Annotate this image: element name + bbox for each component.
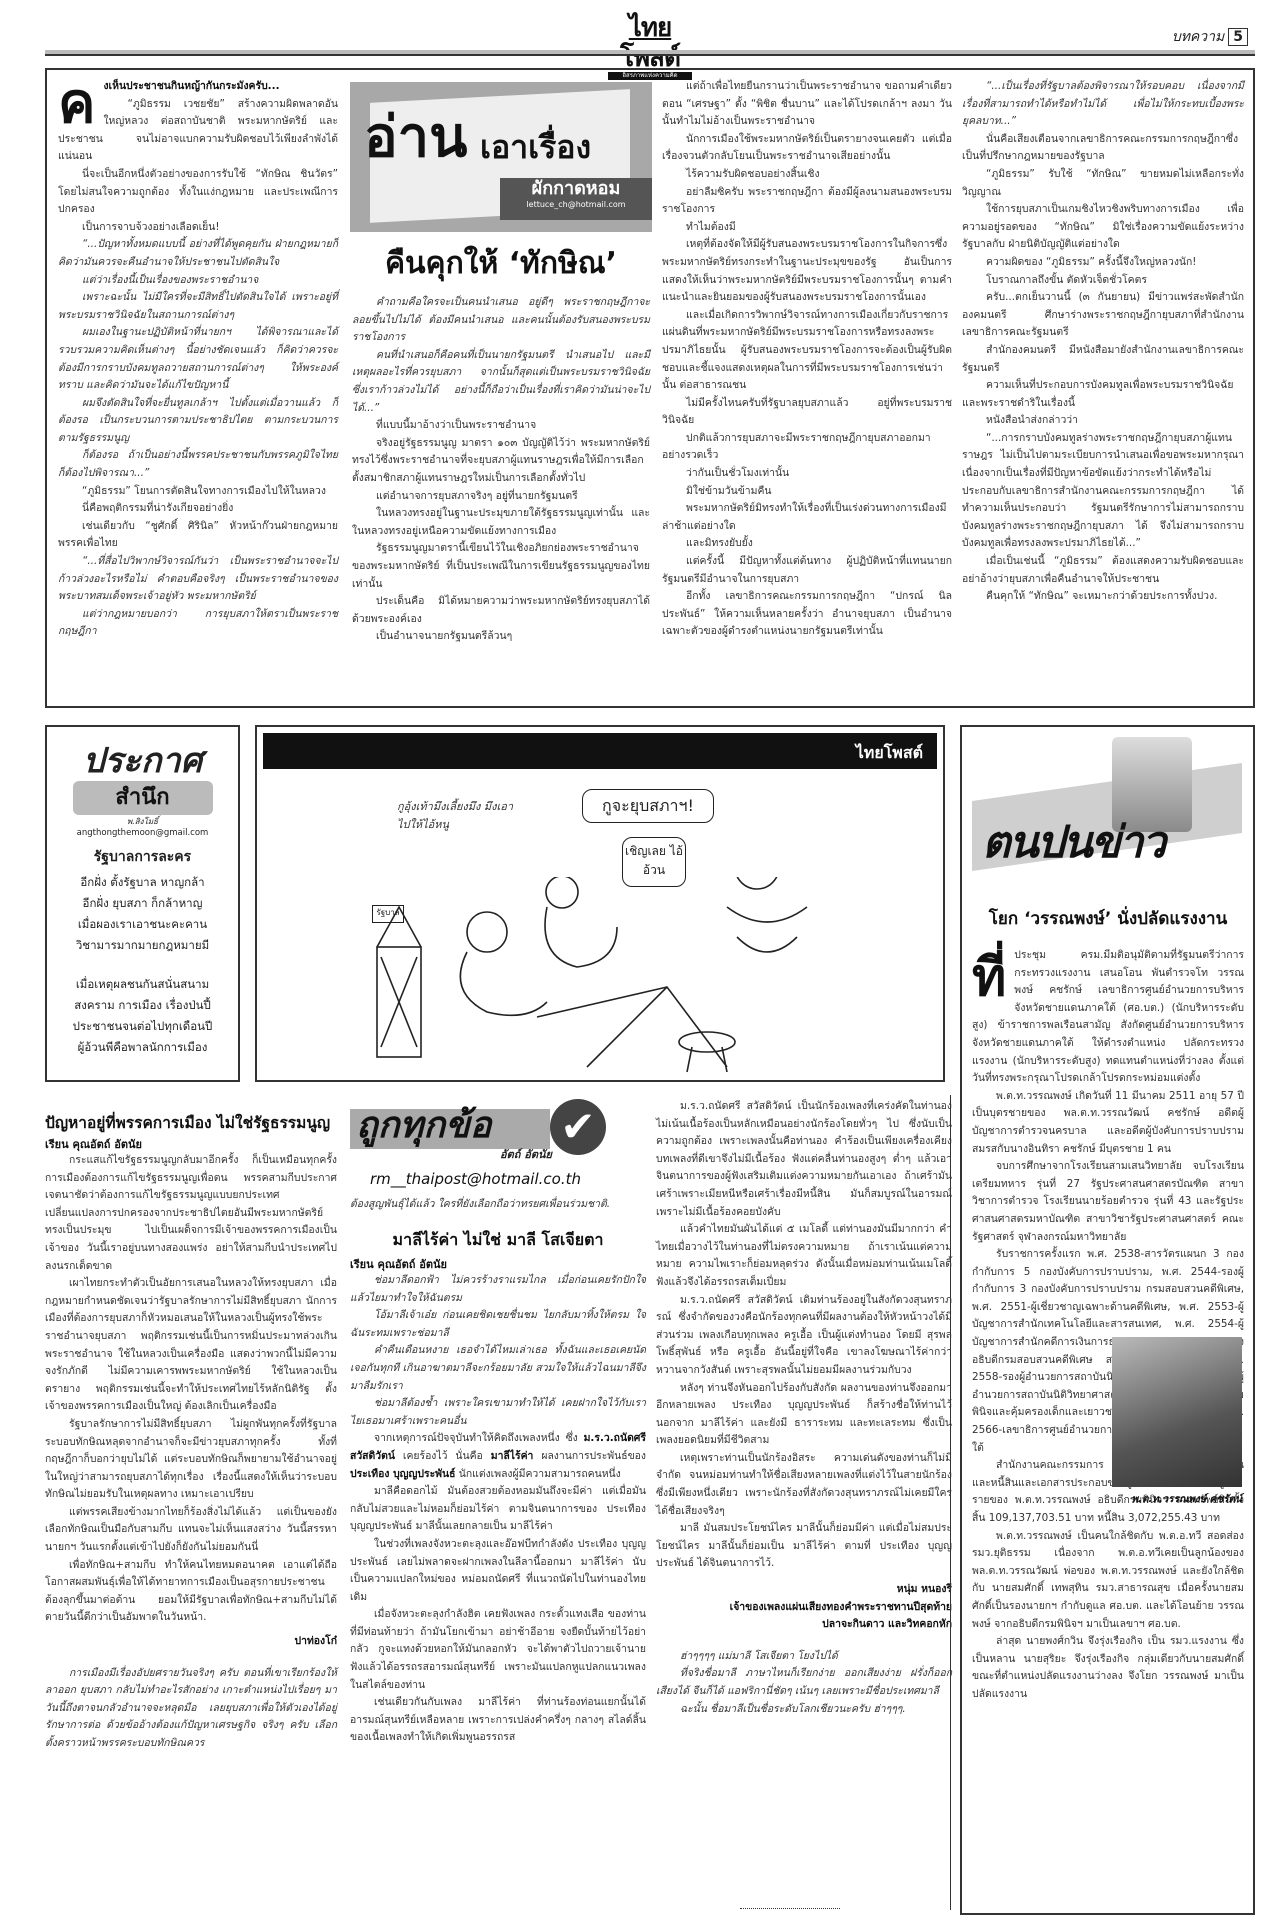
banner-small-word: เอาเรื่อง: [480, 122, 591, 173]
article-paragraph: เป็นการจาบจ้วงอย่างเลือดเย็น!: [58, 219, 338, 237]
column-title-art: ตนปนข่าว: [982, 807, 1164, 877]
article-paragraph: ทำไมต้องมี: [662, 219, 952, 237]
masthead-rule: [45, 50, 1255, 56]
author-strip: ผักกาดหอม lettuce_ch@hotmail.com: [500, 178, 652, 220]
article-paragraph: เป็นอำนาจนายกรัฐมนตรีล้วนๆ: [352, 628, 650, 646]
article-paragraph: งเห็นประชาชนกินหญ้ากันกระมังครับ...: [58, 78, 338, 96]
article-paragraph: ไร้ความรับผิดชอบอย่างสิ้นเชิง: [662, 166, 952, 184]
letter-paragraph: เมื่อจังหวะตะลุงกำลังฮิต เคยฟังเพลง กระต…: [350, 1606, 646, 1694]
article-paragraph: นี่คือพฤติกรรมที่น่ารังเกียจอย่างยิ่ง: [58, 500, 338, 518]
letter-paragraph: เผาไทยกระทำตัวเป็นอัยการเสนอในหลวงให้ทรง…: [45, 1275, 337, 1416]
letter-paragraph: ม.ร.ว.ถนัดศรี สวัสดิวัตน์ เดิมท่านร้องอย…: [656, 1292, 952, 1380]
article-paragraph: แต่ว่ากฎหมายบอกว่า การยุบสภาให้ตราเป็นพร…: [58, 606, 338, 641]
letter1-signoff: ปาท่องโก๋: [45, 1633, 337, 1651]
article-paragraph: “ภูมิธรรม” โยนการตัดสินใจทางการเมืองไปให…: [58, 483, 338, 501]
gossip-paragraph: พ.ต.ท.วรรณพงษ์ เกิดวันที่ 11 มีนาคม 2511…: [972, 1088, 1244, 1158]
article-paragraph: ประเด็นคือ มิได้หมายความว่าพระมหากษัตริย…: [352, 593, 650, 628]
dropcap: ที่: [972, 949, 1006, 1007]
poem-line: สงคราม การเมือง เรื่องป่นปี้: [47, 995, 238, 1016]
article-paragraph: แต่ว่าเรื่องนี้เป็นเรื่องของพระราชอำนาจ: [58, 272, 338, 290]
article-paragraph: รัฐธรรมนูญมาตรานี้เขียนไว้ในเชิงอภิยกย่อ…: [352, 540, 650, 593]
article-paragraph: มิใช่ข้ามวันข้ามคืน: [662, 483, 952, 501]
section-name: บทความ: [1172, 29, 1224, 45]
letter-paragraph: แต่พรรคเสียงข้างมากไทยก็ร้องสิ่งไม่ได้แล…: [45, 1504, 337, 1557]
article-paragraph: หนังสือนำส่งกล่าวว่า: [962, 412, 1244, 430]
letter-paragraph: หลังๆ ท่านจึงหันออกไปร้องกับสังกัด ผลงาน…: [656, 1380, 952, 1450]
letter-paragraph: เพื่อทักษิณ+สามกีบ ทำให้คนไทยหมดอนาคต เอ…: [45, 1557, 337, 1627]
letter2-headline: มาลีไร้ค่า ไม่ใช่ มาลี โสเจียตา: [350, 1228, 646, 1253]
cartoon-header-bar: ไทยโพสต์: [263, 733, 937, 769]
article-paragraph: “ภูมิธรรม” รับใช้ “ทักษิณ” ขายหมดไม่เหลื…: [962, 166, 1244, 201]
article-paragraph: แต่ถ้าเพื่อไทยยืนกรานว่าเป็นพระราชอำนาจ …: [662, 78, 952, 131]
article-paragraph: เหตุที่ต้องจัดให้มีผู้รับสนองพระบรมราชโอ…: [662, 236, 952, 306]
letter2-col1: ช่อมาลีดอกฟ้า ไม่ควรร้างราแรมไกล เมื่อก่…: [350, 1272, 646, 1747]
editorial-cartoon: ไทยโพสต์ กูอุ้งเท้ามึงเลี้ยงมึง มึงเอาไป…: [255, 725, 945, 1082]
article-paragraph: “...เป็นเรื่องที่รัฐบาลต้องพิจารณาให้รอบ…: [962, 78, 1244, 131]
article-paragraph: นักการเมืองใช้พระมหากษัตริย์เป็นตรายางจน…: [662, 131, 952, 166]
gossip-paragraph: ล่าสุด นายพงศ์กวิน จึงรุ่งเรืองกิจ เป็น …: [972, 1633, 1244, 1703]
letter1-headline: ปัญหาอยู่ที่พรรคการเมือง ไม่ใช่รัฐธรรมนู…: [45, 1110, 335, 1135]
section-label: บทความ5: [1172, 26, 1248, 48]
article-paragraph: เพราะฉะนั้น ไม่มีใครที่จะมีสิทธิ์ไปตัดสิ…: [58, 289, 338, 324]
article-paragraph: จริงอยู่รัฐธรรมนูญ มาตรา ๑๐๓ บัญญัติไว้ว…: [352, 435, 650, 488]
dropcap: ค: [58, 80, 95, 128]
poem-box: ประกาศ สำนึก พ.สิงโมธิ์ angthongthemoon@…: [45, 725, 240, 1082]
poem-email: angthongthemoon@gmail.com: [47, 828, 238, 838]
letter-paragraph: รัฐบาลรักษาการไม่มีสิทธิ์ยุบสภา ไม่ผูกพั…: [45, 1416, 337, 1504]
article-paragraph: และมิทรงยับยั้ง: [662, 535, 952, 553]
article-paragraph: อีกทั้ง เลขาธิการคณะกรรมการกฤษฎีกา “ปกรณ…: [662, 588, 952, 641]
article-paragraph: นั่นคือเสียงเตือนจากเลขาธิการคณะกรรมการก…: [962, 131, 1244, 166]
lyric-line: ช่อมาลีต้องช้ำ เพราะใครเขามาทำให้ได้ เคย…: [350, 1395, 646, 1430]
article-paragraph: แต่อำนาจการยุบสภาจริงๆ อยู่ที่นายกรัฐมนต…: [352, 488, 650, 506]
poem-line: ผู้อ้วนพีคือพาลนักการเมือง: [47, 1037, 238, 1058]
article-paragraph: คำถามคือใครจะเป็นคนนำเสนอ อยู่ดีๆ พระราช…: [352, 294, 650, 347]
article-paragraph: ผมเองในฐานะปฏิบัติหน้าที่นายกฯ ได้พิจารณ…: [58, 324, 338, 394]
news-gossip-box: ตนปนข่าว โยก ‘วรรณพงษ์’ นั่งปลัดแรงงาน ท…: [960, 725, 1255, 1915]
letter1-body: กระแสแก้ไขรัฐธรรมนูญกลับมาอีกครั้ง ก็เป็…: [45, 1152, 337, 1753]
cartoon-brand: ไทยโพสต์: [856, 741, 923, 766]
poem-line: เมื่อเหตุผลชนกันสนั่นสนาม: [47, 974, 238, 995]
letter2-signoff-name: หนุ่ม หนองรี: [656, 1581, 952, 1599]
letter2-col2: ม.ร.ว.ถนัดศรี สวัสดิวัตน์ เป็นนักร้องเพล…: [656, 1098, 952, 1718]
article-paragraph: “...ที่สื่อไปวิพากษ์วิจารณ์กันว่า เป็นพร…: [58, 553, 338, 606]
editor-reply: ที่จริงชื่อมาลี ภาษาไหนก็เรียกง่าย ออกเส…: [656, 1665, 952, 1700]
article-paragraph: คนที่นำเสนอก็คือคนที่เป็นนายกรัฐมนตรี นำ…: [352, 347, 650, 417]
cartoon-scribble: กูอุ้งเท้ามึงเลี้ยงมึง มึงเอาไปให้ไอ้หนู: [397, 797, 517, 833]
author-email: lettuce_ch@hotmail.com: [500, 200, 652, 209]
article-paragraph: ที่แบบนี้มาอ้างว่าเป็นพระราชอำนาจ: [352, 417, 650, 435]
letter2-signoff-title2: ปลาจะกินดาว และวิทคอกหัก: [656, 1616, 952, 1634]
lyric-line: ช่อมาลีดอกฟ้า ไม่ควรร้างราแรมไกล เมื่อก่…: [350, 1272, 646, 1307]
article-paragraph: ก็ต้องรอ ถ้าเป็นอย่างนี้พรรคประชาชนกับพร…: [58, 447, 338, 482]
article-paragraph: ผมจึงตัดสินใจที่จะยื่นทูลเกล้าฯ ไปตั้งแต…: [58, 395, 338, 448]
letter-paragraph: เหตุเพราะท่านเป็นนักร้องอิสระ ความเด่นดั…: [656, 1450, 952, 1520]
logo-text: ไทยโพสต์: [600, 12, 700, 72]
letters-column-banner: ถูกทุกข้อ อัตถ์ อัตนัย ✔: [350, 1095, 640, 1165]
poem-column-title: ประกาศ: [47, 741, 238, 781]
article-paragraph: “...การกราบบังคมทูลร่างพระราชกฤษฎีกายุบส…: [962, 430, 1244, 553]
letters-column-title: ถูกทุกข้อ: [356, 1105, 491, 1147]
letters-right-rule: [950, 1095, 951, 1910]
gossip-paragraph: พ.ต.ท.วรรณพงษ์ เป็นคนใกล้ชิดกับ พ.ต.อ.ทว…: [972, 1528, 1244, 1634]
article-paragraph: สำนักองคมนตรี มีหนังสือมายังสำนักงานเลขา…: [962, 342, 1244, 377]
letters-column-author: อัตถ์ อัตนัย: [500, 1145, 552, 1163]
letter-paragraph: เช่นเดียวกันกับเพลง มาลีไร้ค่า ที่ท่านร้…: [350, 1694, 646, 1747]
article-paragraph: โบราณกาลถึงขั้น ตัดหัวเจ็ดชั่วโคตร: [962, 272, 1244, 290]
letters-intro: ต้องสูญพันธุ์ได้แล้ว ใครที่ยังเลือกถือว่…: [350, 1196, 646, 1214]
article-paragraph: ไม่มีครั้งไหนครับที่รัฐบาลยุบสภาแล้ว อยู…: [662, 395, 952, 430]
speech-bubble-main: กูจะยุบสภาฯ!: [582, 789, 714, 823]
article-paragraph: “...ปัญหาทั้งหมดแบบนี้ อย่างที่ได้พูดคุย…: [58, 236, 338, 271]
gossip-paragraph: จบการศึกษาจากโรงเรียนสามเสนวิทยาลัย จบโร…: [972, 1158, 1244, 1246]
poem-line: อีกฝั่ง ยุบสภา ก็กล้าหาญ: [47, 893, 238, 914]
top-headline: คืนคุกให้ ‘ทักษิณ’: [350, 244, 652, 284]
checkmark-icon: ✔: [550, 1099, 606, 1155]
poem-author: พ.สิงโมธิ์: [47, 815, 238, 828]
letter-paragraph: มาลีคือดอกไม้ มันต้องสวยต้องหอมมันถึงจะม…: [350, 1483, 646, 1536]
article-paragraph: ว่ากันเป็นชั่วโมงเท่านั้น: [662, 465, 952, 483]
page-number: 5: [1228, 28, 1248, 46]
letter2-signoff-title1: เจ้าของเพลงแผ่นเสียงทองคำพระราชทานปีสุดท…: [656, 1599, 952, 1617]
top-article-col2: คำถามคือใครจะเป็นคนนำเสนอ อยู่ดีๆ พระราช…: [352, 294, 650, 646]
article-paragraph: “ภูมิธรรม เวชยชัย” สร้างความผิดพลาดอันให…: [58, 96, 338, 166]
letter-paragraph: ม.ร.ว.ถนัดศรี สวัสดิวัตน์ เป็นนักร้องเพล…: [656, 1098, 952, 1221]
poem-line: วิชามารมากมายกฎหมายมี: [47, 935, 238, 956]
poem-heading: รัฐบาลการละคร: [47, 846, 238, 868]
top-article-col1: ค งเห็นประชาชนกินหญ้ากันกระมังครับ...“ภู…: [58, 78, 338, 641]
letter2-salutation: เรียน คุณอัตถ์ อัตนัย: [350, 1255, 447, 1273]
article-paragraph: และเมื่อเกิดการวิพากษ์วิจารณ์ทางการเมือง…: [662, 307, 952, 395]
article-paragraph: พระมหากษัตริย์มิทรงทำให้เรื่องที่เป็นเร่…: [662, 500, 952, 535]
letter-paragraph: มาลี มันสมประโยชน์ไคร มาลีนั้นก็ย่อมมีค่…: [656, 1520, 952, 1573]
article-paragraph: อย่าลืมซิครับ พระราชกฤษฎีกา ต้องมีผู้ลงน…: [662, 184, 952, 219]
article-paragraph: นี่จะเป็นอีกหนึ่งตัวอย่างของการรับใช้ “ท…: [58, 166, 338, 219]
article-paragraph: ความเห็นที่ประกอบการบังคมทูลเพื่อพระบรมร…: [962, 377, 1244, 412]
article-paragraph: ปกติแล้วการยุบสภาจะมีพระราชกฤษฎีกายุบสภา…: [662, 430, 952, 465]
letters-column-email: rm__thaipost@hotmail.co.th: [370, 1170, 581, 1188]
letter-paragraph: แล้วคำไทยมันผันได้แต่ ๕ เมโลดี้ แต่ท่านอ…: [656, 1221, 952, 1291]
poem-line: ประชาชนจนต่อไปทุกเดือนปี: [47, 1016, 238, 1037]
photo-caption: พ.ต.ท.วรรณพงษ์ คชรัตน์: [1112, 1492, 1242, 1507]
letter-paragraph: กระแสแก้ไขรัฐธรรมนูญกลับมาอีกครั้ง ก็เป็…: [45, 1152, 337, 1275]
cartoon-drawing: [367, 877, 847, 1077]
author-name: ผักกาดหอม: [500, 178, 652, 200]
poem-line: เมื่อผองเราเอาชนะคะคาน: [47, 914, 238, 935]
top-article-col3: แต่ถ้าเพื่อไทยยืนกรานว่าเป็นพระราชอำนาจ …: [662, 78, 952, 641]
gossip-paragraph: ประชุม ครม.มีมติอนุมัติตามที่รัฐมนตรีว่า…: [972, 947, 1244, 1088]
poem-line: อีกฝั่ง ตั้งรัฐบาล หาญกล้า: [47, 872, 238, 893]
person-photo: [1112, 1337, 1242, 1487]
article-paragraph: แต่ครั้งนี้ มีปัญหาทั้งแต่ต้นทาง ผู้ปฏิบ…: [662, 553, 952, 588]
poem-subtitle-scroll: สำนึก: [73, 781, 213, 815]
article-paragraph: ใช้การยุบสภาเป็นเกมชิงไหวชิงพริบทางการเม…: [962, 201, 1244, 254]
article-paragraph: ความผิดของ “ภูมิธรรม” ครั้งนี้จึงใหญ่หลว…: [962, 254, 1244, 272]
article-paragraph: คืนคุกให้ “ทักษิณ” จะเหมาะกว่าด้วยประการ…: [962, 588, 1244, 606]
gossip-headline: โยก ‘วรรณพงษ์’ นั่งปลัดแรงงาน: [972, 907, 1244, 931]
article-paragraph: เมื่อเป็นเช่นนี้ “ภูมิธรรม” ต้องแสดงความ…: [962, 553, 1244, 588]
article-paragraph: เช่นเดียวกับ “ชูศักดิ์ ศิรินิล” หัวหน้าก…: [58, 518, 338, 553]
lyric-line: คำคืนเดือนหงาย เธอจำได้ไหมเล่าเธอ ทั้งฉั…: [350, 1342, 646, 1395]
editor-reply: ฮ่าๆๆๆๆ แม่มาลี โสเจียตา โยงไปได้: [656, 1648, 952, 1666]
article-paragraph: ในหลวงทรงอยู่ในฐานะประมุขภายใต้รัฐธรรมนู…: [352, 505, 650, 540]
letter-paragraph: จากเหตุการณ์ปัจจุบันทำให้คิดถึงเพลงหนึ่ง…: [350, 1430, 646, 1483]
lyric-line: โอ้มาลีเจ้าเอ๋ย ก่อนเคยชิดเชยชื่นชม ไยกล…: [350, 1307, 646, 1342]
column-banner-read: อ่าน เอาเรื่อง ผักกาดหอม lettuce_ch@hotm…: [350, 82, 652, 232]
letter-paragraph: ในช่วงที่เพลงจังหวะตะลุงและอ๊อฟบีทกำลังด…: [350, 1536, 646, 1606]
top-article-col4: “...เป็นเรื่องที่รัฐบาลต้องพิจารณาให้รอบ…: [962, 78, 1244, 606]
article-paragraph: ครับ...ตกเย็นวานนี้ (๓ กันยายน) มีข่าวแพ…: [962, 289, 1244, 342]
letter1-reply: การเมืองมีเรื่องอัปยศรายวันจริงๆ ครับ ตอ…: [45, 1665, 337, 1753]
dotted-separator: [740, 1908, 840, 1909]
gossip-body: ที่ ประชุม ครม.มีมติอนุมัติตามที่รัฐมนตร…: [972, 947, 1244, 1704]
editor-reply: ฉะนั้น ชื่อมาลีเป็นชื่อระดับโลกเชียวนะคร…: [656, 1701, 952, 1719]
banner-big-word: อ่าน: [364, 108, 467, 168]
letter1-salutation: เรียน คุณอัตถ์ อัตนัย: [45, 1135, 142, 1153]
